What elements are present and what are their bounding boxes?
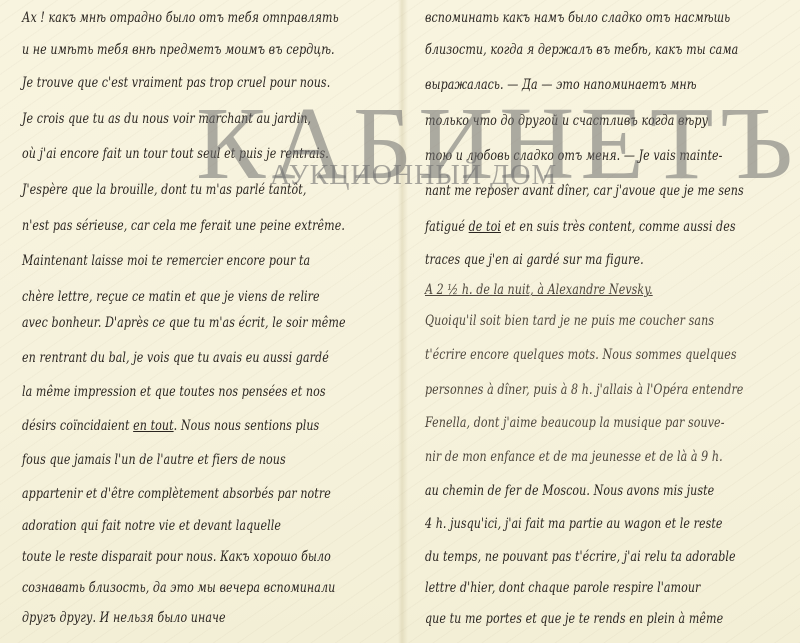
letter-line: J'espère que la brouille, dont tu m'as p… [22,182,306,198]
line-text: . Nous nous sentions plus [174,418,320,434]
letter-line: t'écrire encore quelques mots. Nous somm… [425,347,737,363]
line-text: fatigué [425,219,469,235]
letter-line: Ах ! какъ мнѣ отрадно было отъ тебя отпр… [22,10,339,26]
letter-line: en rentrant du bal, je vois que tu avais… [22,350,329,366]
letter-line: только что до другой и счастливъ когда в… [425,113,708,129]
underlined-text: de toi [469,219,501,235]
letter-line: fatigué de toi et en suis très content, … [425,219,736,235]
left-page: Ах ! какъ мнѣ отрадно было отъ тебя отпр… [0,0,400,643]
letter-line: Fenella, dont j'aime beaucoup la musique… [425,415,725,431]
letter-line: близости, когда я держалъ въ тебѣ, какъ … [425,42,738,58]
line-text: désirs coïncidaient [22,418,133,434]
letter-line: Je trouve que c'est vraiment pas trop cr… [22,75,330,91]
letter-line: тою и любовь сладко отъ меня. — Je vais … [425,148,722,164]
letter-line: Je crois que tu as du nous voir marchant… [22,111,311,127]
letter-line: chère lettre, reçue ce matin et que je v… [22,289,320,305]
letter-line: nant me reposer avant dîner, car j'avoue… [425,183,744,199]
letter-line: toute le reste disparait pour nous. Какъ… [22,549,331,565]
letter-heading-line: A 2 ½ h. de la nuit, à Alexandre Nevsky. [425,282,653,298]
letter-line: 4 h. jusqu'ici, j'ai fait ma partie au w… [425,516,723,532]
letter-line: nir de mon enfance et de ma jeunesse et … [425,449,723,465]
letter-line: n'est pas sérieuse, car cela me ferait u… [22,218,345,234]
letter-line: appartenir et d'être complètement absorb… [22,486,331,502]
letter-line: Maintenant laisse moi te remercier encor… [22,253,310,269]
letter-line: Quoiqu'il soit bien tard je ne puis me c… [425,313,714,329]
letter-line: вспоминать какъ намъ было сладко отъ нас… [425,10,730,26]
line-text: et en suis très content, comme aussi des [501,219,736,235]
letter-line: сознавать близость, да это мы вечера всп… [22,580,335,596]
right-page: вспоминать какъ намъ было сладко отъ нас… [405,0,800,643]
letter-line: la même impression et que toutes nos pen… [22,384,326,400]
letter-line: où j'ai encore fait un tour tout seul et… [22,146,329,162]
letter-line: que tu me portes et que je te rends en p… [425,611,723,627]
letter-line: adoration qui fait notre vie et devant l… [22,518,281,534]
letter-line: lettre d'hier, dont chaque parole respir… [425,580,700,596]
letter-line: другъ другу. И нельзя было иначе [22,610,226,626]
letter-line: désirs coïncidaient en tout. Nous nous s… [22,418,319,434]
letter-line: avec bonheur. D'après ce que tu m'as écr… [22,315,346,331]
underlined-text: en tout [133,418,173,434]
letter-line: выражалась. — Да — это напоминаетъ мнѣ [425,77,697,93]
letter-line: au chemin de fer de Moscou. Nous avons m… [425,483,714,499]
letter-line: fous que jamais l'un de l'autre et fiers… [22,452,286,468]
letter-line: traces que j'en ai gardé sur ma figure. [425,252,644,268]
letter-line: du temps, ne pouvant pas t'écrire, j'ai … [425,549,736,565]
letter-line: и не имѣть тебя внѣ предметъ моимъ въ се… [22,42,335,58]
letter-line: personnes à dîner, puis à 8 h. j'allais … [425,382,743,398]
